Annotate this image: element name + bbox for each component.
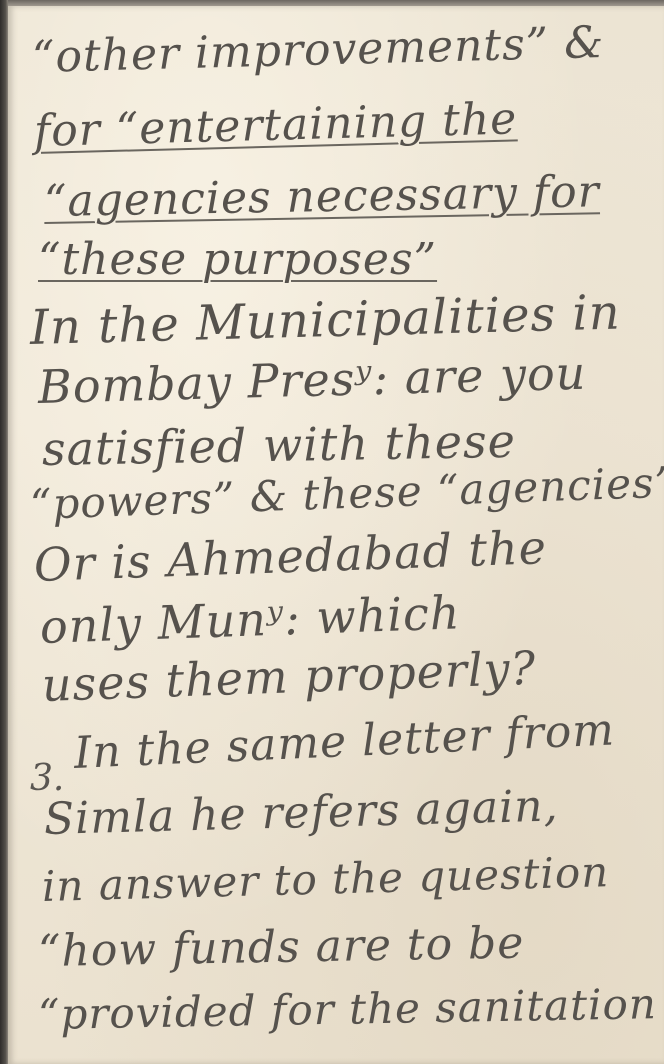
text-line-5: In the Municipalities in [29,285,621,356]
text-line-11: uses them properly? [41,641,537,712]
binding-edge [0,0,8,1064]
text-line-6: Bombay Presʸ: are you [37,346,587,414]
text-line-15: “how funds are to be [38,918,525,977]
text-line-2: for “entertaining the [33,93,518,157]
text-line-14: in answer to the question [41,847,609,911]
text-line-12: In the same letter from [73,704,616,779]
manuscript-page: “other improvements” & for “entertaining… [8,6,664,1064]
manuscript-scan: “other improvements” & for “entertaining… [0,0,664,1064]
text-line-4: “these purposes” [38,234,437,285]
text-line-13: Simla he refers again, [43,781,559,845]
text-line-9: Or is Ahmedabad the [33,520,548,592]
text-line-10: only Munʸ: which [39,585,461,654]
text-line-1: “other improvements” & [31,17,605,83]
text-line-3: “agencies necessary for [44,166,601,227]
text-line-16: “provided for the sanitation [38,979,658,1039]
